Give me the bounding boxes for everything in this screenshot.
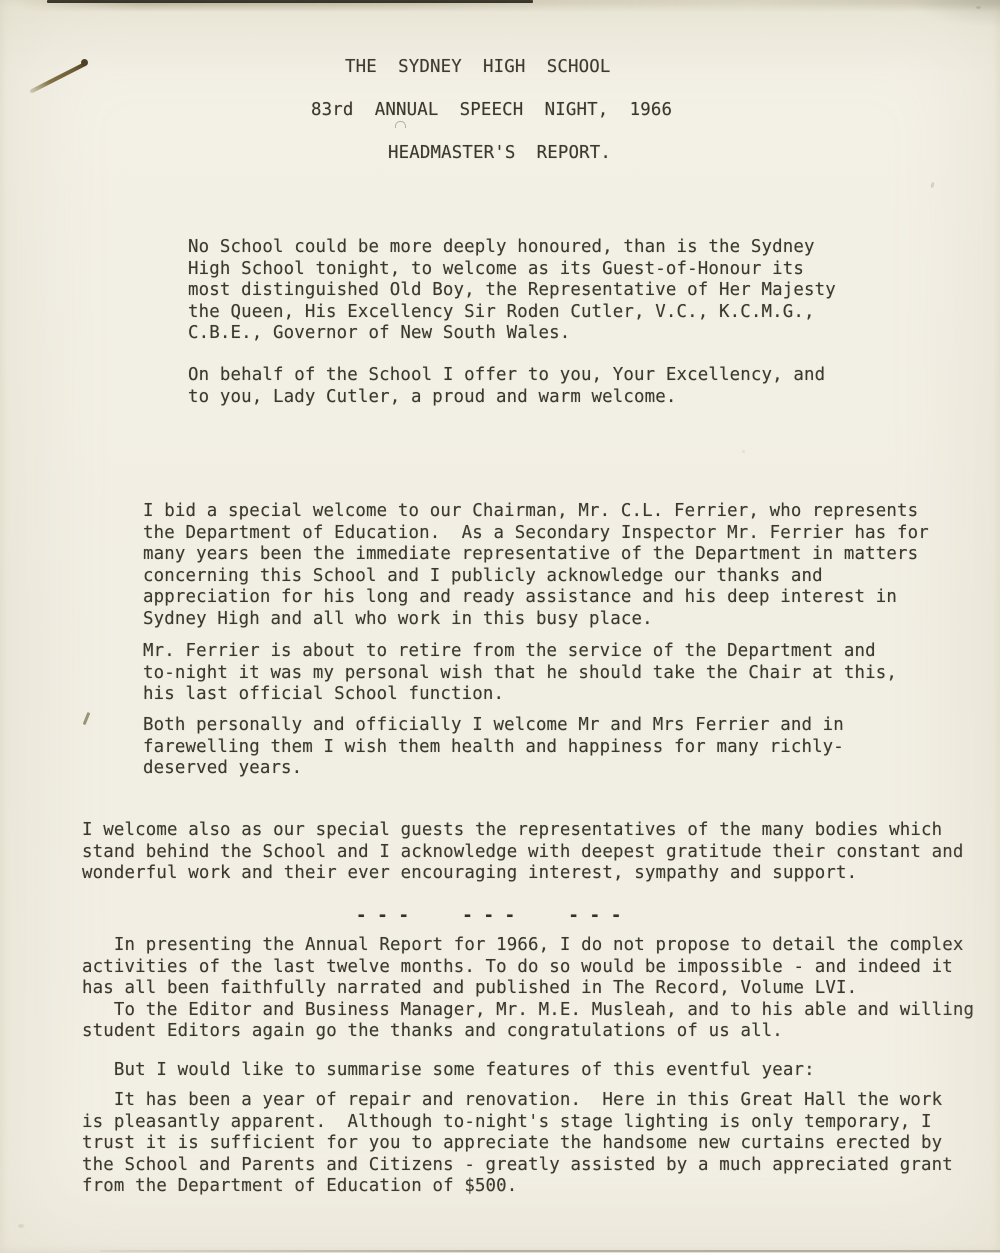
title-line-headmasters-report: HEADMASTER'S REPORT.	[388, 143, 611, 165]
paper-speck	[930, 182, 934, 189]
top-edge-scan-line	[47, 0, 533, 3]
paragraph-annual-report-intro: In presenting the Annual Report for 1966…	[82, 935, 974, 1043]
title-line-speech-night: 83rd ANNUAL SPEECH NIGHT, 1966	[311, 100, 672, 122]
stray-type-mark	[395, 121, 406, 128]
dash-separator: - - - - - - - - -	[356, 906, 622, 928]
paragraph-guest-of-honour: No School could be more deeply honoured,…	[188, 237, 836, 345]
paragraph-repair-renovation: It has been a year of repair and renovat…	[82, 1090, 953, 1198]
paragraph-special-guests: I welcome also as our special guests the…	[82, 820, 963, 885]
paragraph-welcome-chairman: I bid a special welcome to our Chairman,…	[143, 501, 929, 630]
paper-speck	[18, 1224, 24, 1228]
paragraph-ferrier-farewell: Both personally and officially I welcome…	[143, 715, 844, 780]
paper-speck	[742, 450, 745, 453]
margin-tick-mark	[83, 712, 90, 725]
pencil-mark	[29, 61, 88, 93]
paragraph-ferrier-retirement: Mr. Ferrier is about to retire from the …	[143, 641, 897, 706]
paragraph-welcome-excellency: On behalf of the School I offer to you, …	[188, 365, 825, 408]
top-right-shade	[910, 0, 1000, 28]
document-page: THE SYDNEY HIGH SCHOOL 83rd ANNUAL SPEEC…	[0, 0, 1000, 1253]
paper-speck	[976, 6, 981, 9]
paragraph-summary-lead: But I would like to summarise some featu…	[82, 1060, 815, 1082]
title-line-school: THE SYDNEY HIGH SCHOOL	[345, 57, 611, 79]
pencil-mark-dot	[81, 59, 88, 66]
bottom-edge-scan-line	[100, 1250, 1000, 1252]
